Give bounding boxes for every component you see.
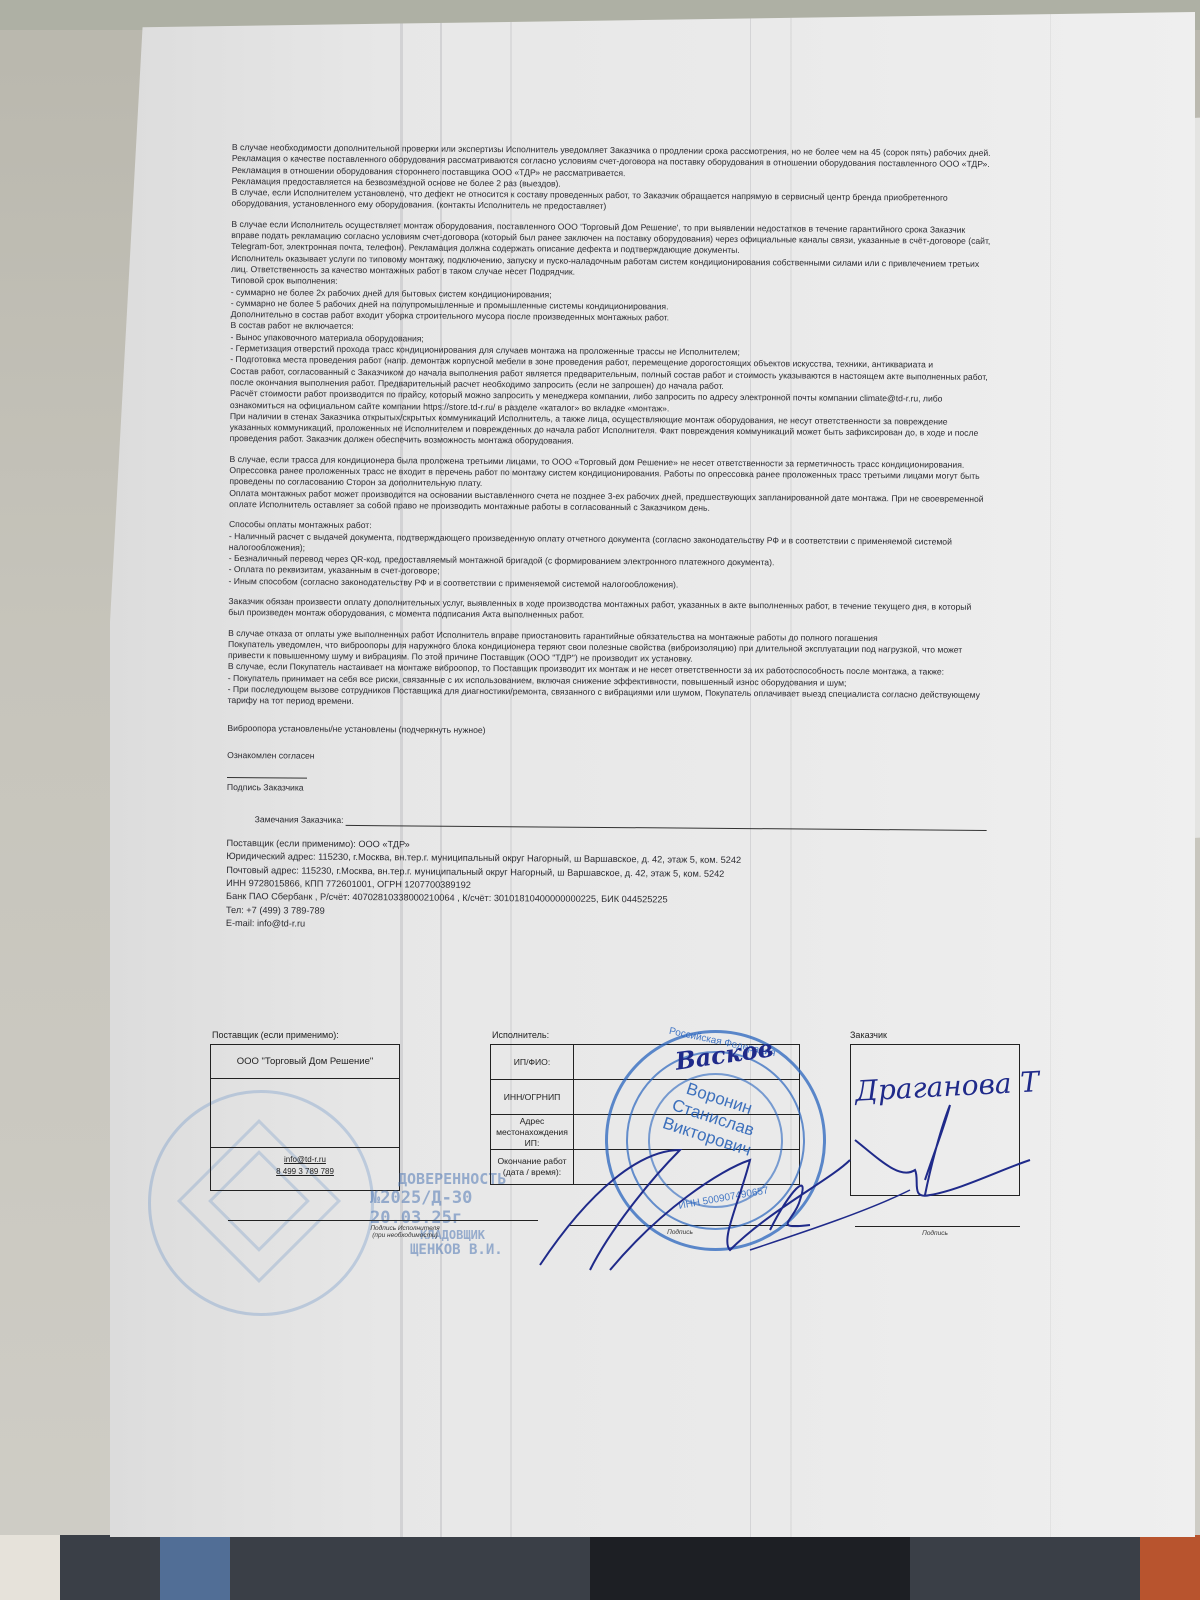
customer-signature-label: Подпись Заказчика — [227, 782, 987, 799]
supplier-details: Поставщик (если применимо): ООО «ТДР» Юр… — [226, 837, 987, 937]
customer-signature-caption: Подпись — [915, 1230, 955, 1237]
routes-section: В случае, если трасса для кондиционера б… — [229, 454, 989, 516]
executor-signature-line-1[interactable] — [228, 1220, 538, 1221]
executor-signature-caption: Подпись Исполнителя (при необходимости) — [360, 1225, 450, 1239]
background-floor — [0, 1535, 1200, 1600]
customer-block-label: Заказчик — [850, 1030, 887, 1040]
paragraph: В случае, если трасса для кондиционера б… — [229, 454, 989, 494]
customer-signature-line[interactable] — [227, 777, 307, 779]
document-body: В случае необходимости дополнительной пр… — [226, 142, 992, 937]
customer-remarks-label: Замечания Заказчика: — [255, 814, 344, 826]
customer-remarks-value[interactable] — [346, 814, 987, 830]
executor-name-key: ИП/ФИО: — [491, 1045, 574, 1080]
supplier-block-label: Поставщик (если применимо): — [212, 1030, 339, 1040]
executor-inn-key: ИНН/ОГРНИП — [491, 1080, 574, 1115]
paragraph: При наличии в стенах Заказчика открытых/… — [230, 411, 990, 451]
claims-section: В случае необходимости дополнительной пр… — [231, 142, 992, 216]
signature-block: Поставщик (если применимо): ООО "Торговы… — [210, 1030, 1050, 1270]
customer-remarks-field[interactable]: Замечания Заказчика: — [227, 814, 987, 831]
customer-signature-line[interactable] — [855, 1226, 1020, 1227]
supplier-box: ООО "Торговый Дом Решение" info@td-r.ru … — [210, 1044, 400, 1191]
supplier-email-link[interactable]: info@td-r.ru — [284, 1155, 326, 1164]
payment-methods-section: Способы оплаты монтажных работ: - Наличн… — [229, 519, 990, 593]
supplier-empty-cell — [211, 1079, 399, 1148]
executor-end-time-key: Окончание работ (дата / время): — [491, 1150, 574, 1185]
supplier-company-name: ООО "Торговый Дом Решение" — [211, 1045, 399, 1079]
vibration-mounts-section: В случае отказа от оплаты уже выполненны… — [228, 628, 989, 713]
executor-block-label: Исполнитель: — [492, 1030, 549, 1040]
executor-address-key: Адрес местонахождения ИП: — [491, 1115, 574, 1150]
installation-section: В случае если Исполнитель осуществляет м… — [230, 219, 992, 451]
supplier-phone-link[interactable]: 8 499 3 789 789 — [276, 1167, 334, 1176]
paragraph: В случае если Исполнитель осуществляет м… — [231, 219, 991, 259]
